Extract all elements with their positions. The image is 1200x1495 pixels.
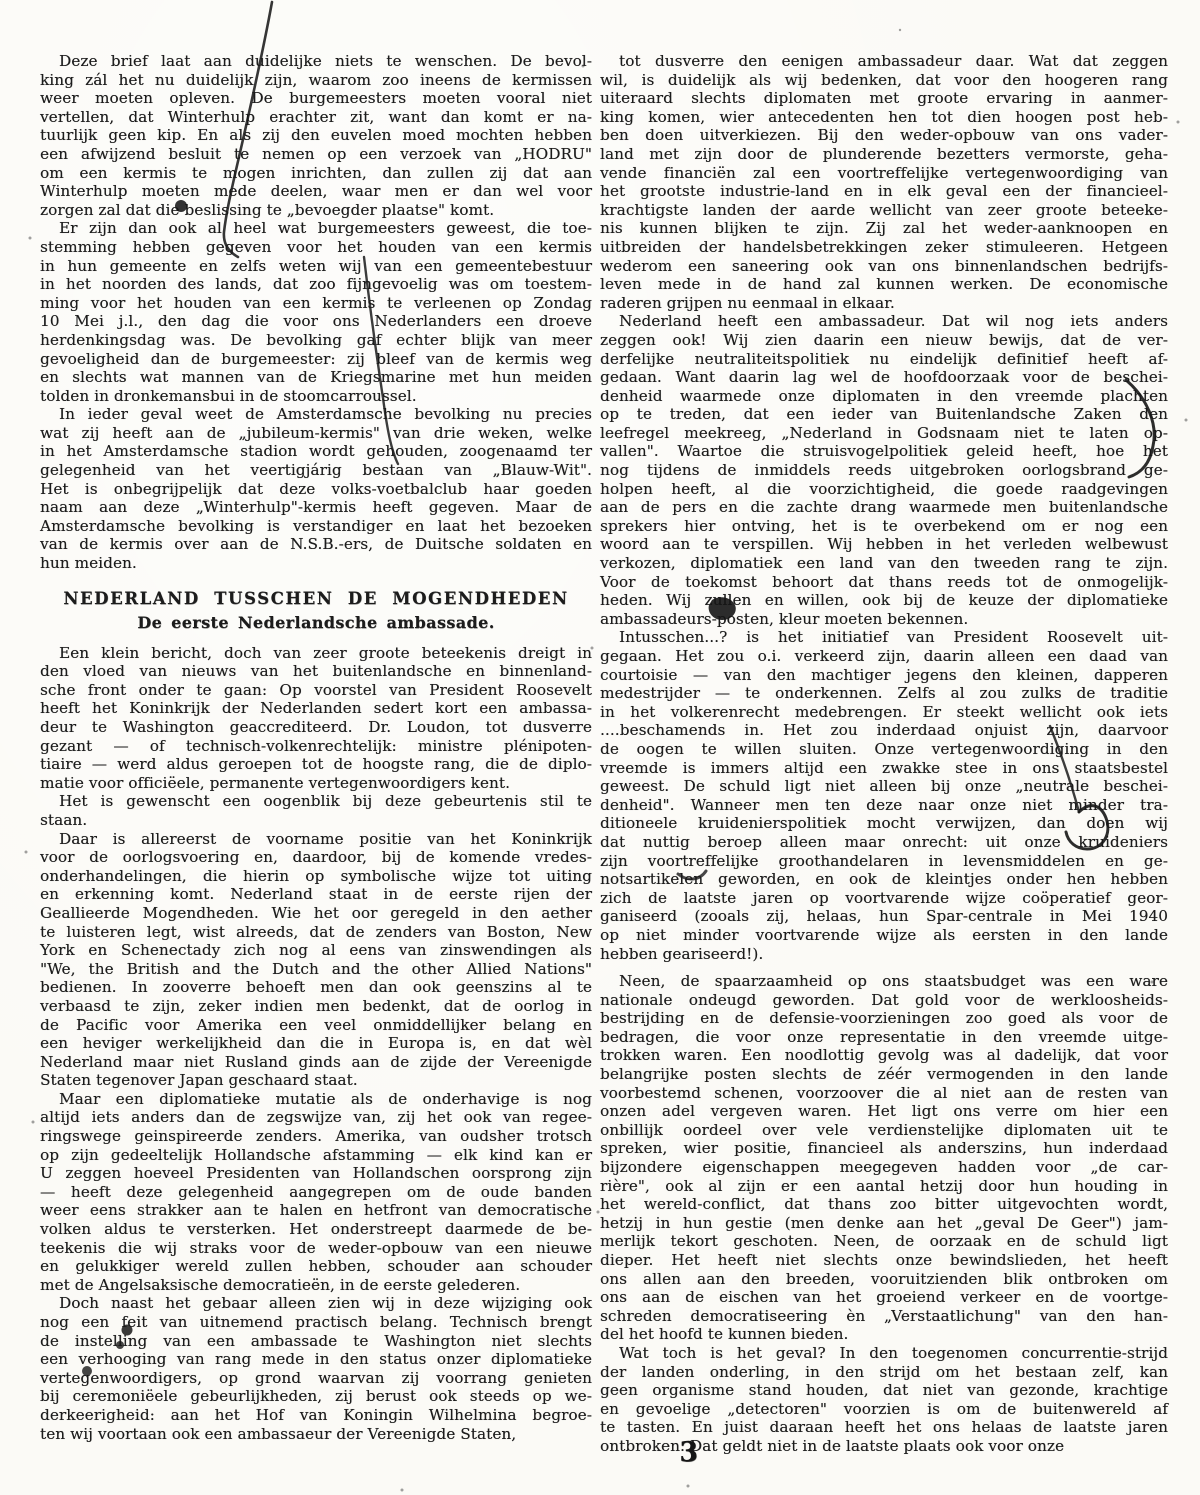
text-line: nog tijdens de inmiddels reeds uitgebrok… — [600, 461, 1168, 480]
text-line: rière", ook al zijn er een aantal hetzij… — [600, 1177, 1168, 1196]
text-line: te luisteren legt, wist alreeds, dat de … — [40, 923, 592, 942]
text-line: altijd iets anders dan de zegswijze van,… — [40, 1108, 592, 1127]
paragraph: Het is gewenscht een oogenblik bij deze … — [40, 792, 592, 829]
text-line: ons aan de eischen van het groeiend verk… — [600, 1288, 1168, 1307]
text-line: bedienen. In zooverre behoeft men dan oo… — [40, 978, 592, 997]
text-line: en slechts wat mannen van de Kriegsmarin… — [40, 368, 592, 387]
text-line: gezant — of technisch-volkenrechtelijk: … — [40, 737, 592, 756]
text-line: Winterhulp moeten mede deelen, waar men … — [40, 182, 592, 201]
text-line: zorgen zal dat die beslissing te „bevoeg… — [40, 201, 592, 220]
text-line: bij ceremoniëele gebeurlijkheden, zij be… — [40, 1387, 592, 1406]
text-line: het wereld-conflict, dat thans zoo bitte… — [600, 1195, 1168, 1214]
text-line: uiteraard slechts diplomaten met groote … — [600, 89, 1168, 108]
text-line: voorbestemd schenen, voorzoover die al n… — [600, 1084, 1168, 1103]
text-line: leefregel meekreeg, „Nederland in Godsna… — [600, 424, 1168, 443]
text-line: gelegenheid van het veertigjárig bestaan… — [40, 461, 592, 480]
text-line: krachtigste landen der aarde wellicht va… — [600, 201, 1168, 220]
text-line: notsartikelen geworden, en ook de kleint… — [600, 870, 1168, 889]
text-line: sche front onder te gaan: Op voorstel va… — [40, 681, 592, 700]
text-line: geen organisme stand houden, dat niet va… — [600, 1381, 1168, 1400]
section-heading: NEDERLAND TUSSCHEN DE MOGENDHEDEN — [40, 588, 592, 609]
text-line: deur te Washington geaccrediteerd. Dr. L… — [40, 718, 592, 737]
text-line: dat nuttig beroep alleen maar onrecht: u… — [600, 833, 1168, 852]
text-line: denheid waarmede onze diplomaten in den … — [600, 387, 1168, 406]
text-line: onbillijk oordeel over vele verdiensteli… — [600, 1121, 1168, 1140]
paragraph: Doch naast het gebaar alleen zien wij in… — [40, 1294, 592, 1443]
text-line: ....beschamends in. Het zou inderdaad on… — [600, 721, 1168, 740]
text-line: ganiseerd (zooals zij, helaas, hun Spar-… — [600, 907, 1168, 926]
text-line: de oogen te willen sluiten. Onze vertege… — [600, 740, 1168, 759]
right-column: tot dusverre den eenigen ambassadeur daa… — [600, 52, 1168, 1456]
text-line: tiaire — werd aldus geroepen tot de hoog… — [40, 755, 592, 774]
text-line: gedaan. Want daarin lag wel de hoofdoorz… — [600, 368, 1168, 387]
text-line: holpen heeft, al die voorzichtigheid, di… — [600, 480, 1168, 499]
text-line: Een klein bericht, doch van zeer groote … — [40, 644, 592, 663]
paragraph: Er zijn dan ook al heel wat burgemeester… — [40, 219, 592, 405]
text-line: king zál het nu duidelijk zijn, waarom z… — [40, 71, 592, 90]
text-line: de Pacific voor Amerika een veel onmidde… — [40, 1016, 592, 1035]
text-line: weer moeten opleven. De burgemeesters mo… — [40, 89, 592, 108]
text-line: in hun gemeente en zelfs weten wij van e… — [40, 257, 592, 276]
text-line: York en Schenectady zich nog al eens van… — [40, 941, 592, 960]
text-line: Nederland heeft een ambassadeur. Dat wil… — [600, 312, 1168, 331]
text-line: derkeerigheid: aan het Hof van Koningin … — [40, 1406, 592, 1425]
text-line: onderhandelingen, die hierin op symbolis… — [40, 867, 592, 886]
text-line: merlijk tekort geschoten. Neen, de oorza… — [600, 1232, 1168, 1251]
text-line: volken aldus te versterken. Het onderstr… — [40, 1220, 592, 1239]
text-line: ming voor het houden van een kermis te v… — [40, 294, 592, 313]
text-line: belangrijke posten slechts de zéér vermo… — [600, 1065, 1168, 1084]
text-line: bestrijding en de defensie-voorzieningen… — [600, 1009, 1168, 1028]
text-line: een heviger werkelijkheid dan die in Eur… — [40, 1034, 592, 1053]
text-line: ditioneele kruidenierspolitiek mocht ver… — [600, 814, 1168, 833]
text-line: leven mede in de hand zal kunnen werken.… — [600, 275, 1168, 294]
text-line: ambassadeurs-posten, kleur moeten bekenn… — [600, 610, 1168, 629]
text-line: In ieder geval weet de Amsterdamsche bev… — [40, 405, 592, 424]
text-line: Neen, de spaarzaamheid op ons staatsbudg… — [600, 972, 1168, 991]
text-line: schreden democratiseering èn „Verstaatli… — [600, 1307, 1168, 1326]
text-line: Geallieerde Mogendheden. Wie het oor ger… — [40, 904, 592, 923]
text-line: Het is onbegrijpelijk dat deze volks-voe… — [40, 480, 592, 499]
text-line: en erkenning komt. Nederland staat in de… — [40, 885, 592, 904]
paragraph: Intusschen...? is het initiatief van Pre… — [600, 628, 1168, 963]
text-line: het grootste industrie-land en in elk ge… — [600, 182, 1168, 201]
scanned-newspaper-page: Deze brief laat aan duidelijke niets te … — [0, 0, 1200, 1495]
paragraph: Deze brief laat aan duidelijke niets te … — [40, 52, 592, 219]
text-line: — heeft deze gelegenheid aangegrepen om … — [40, 1183, 592, 1202]
text-line: land met zijn door de plunderende bezett… — [600, 145, 1168, 164]
text-line: in het volkerenrecht medebrengen. Er ste… — [600, 703, 1168, 722]
text-line: Doch naast het gebaar alleen zien wij in… — [40, 1294, 592, 1313]
text-line: wederom een saneering ook van ons binnen… — [600, 257, 1168, 276]
text-line: ringswege geinspireerde zenders. Amerika… — [40, 1127, 592, 1146]
text-line: wat zij heeft aan de „jubileum-kermis" v… — [40, 424, 592, 443]
text-line: U zeggen hoeveel Presidenten van Holland… — [40, 1164, 592, 1183]
text-line: tuurlijk geen kip. En als zij den euvele… — [40, 126, 592, 145]
text-line: derfelijke neutraliteitspolitiek nu eind… — [600, 350, 1168, 369]
text-line: Er zijn dan ook al heel wat burgemeester… — [40, 219, 592, 238]
text-line: bedragen, die voor onze representatie in… — [600, 1028, 1168, 1047]
text-line: ten wij voortaan ook een ambassaeur der … — [40, 1425, 592, 1444]
text-line: ben doen uitverkiezen. Bij den weder-opb… — [600, 126, 1168, 145]
text-line: zich de laatste jaren op voortvarende wi… — [600, 889, 1168, 908]
text-line: tolden in dronkemansbui in de stoomcarro… — [40, 387, 592, 406]
text-line: Daar is allereerst de voorname positie v… — [40, 830, 592, 849]
text-line: aan de pers en die zachte drang waarmede… — [600, 498, 1168, 517]
text-line: Maar een diplomatieke mutatie als de ond… — [40, 1090, 592, 1109]
text-line: gegaan. Het zou o.i. verkeerd zijn, daar… — [600, 647, 1168, 666]
paragraph: Daar is allereerst de voorname positie v… — [40, 830, 592, 1090]
text-line: king komen, wier antecedenten hen tot di… — [600, 108, 1168, 127]
left-column: Deze brief laat aan duidelijke niets te … — [40, 52, 592, 1443]
text-line: raderen grijpen nu eenmaal in elkaar. — [600, 294, 1168, 313]
text-line: hebben geariseerd!). — [600, 945, 1168, 964]
text-line: trokken waren. Een noodlottig gevolg was… — [600, 1046, 1168, 1065]
text-line: staan. — [40, 811, 592, 830]
text-line: spreken, wier positie, financieel als an… — [600, 1139, 1168, 1158]
section-subheading: De eerste Nederlandsche ambassade. — [40, 613, 592, 633]
paragraph: Nederland heeft een ambassadeur. Dat wil… — [600, 312, 1168, 628]
text-line: vende financiën zal een voortreffelijke … — [600, 164, 1168, 183]
text-line: wil, is duidelijk als wij bedenken, dat … — [600, 71, 1168, 90]
text-line: weer eens strakker aan te halen en hetfr… — [40, 1201, 592, 1220]
text-line: zijn voortreffelijke groothandelaren in … — [600, 852, 1168, 871]
paragraph: Maar een diplomatieke mutatie als de ond… — [40, 1090, 592, 1295]
text-line: uitbreiden der handelsbetrekkingen zeker… — [600, 238, 1168, 257]
text-line: geweest. De schuld ligt niet alleen bij … — [600, 777, 1168, 796]
text-line: Nederland maar niet Rusland ginds aan de… — [40, 1053, 592, 1072]
paragraph: Een klein bericht, doch van zeer groote … — [40, 644, 592, 793]
text-line: "We, the British and the Dutch and the o… — [40, 960, 592, 979]
text-line: Amsterdamsche bevolking is verstandiger … — [40, 517, 592, 536]
text-line: vreemde is immers altijd een zwakke stee… — [600, 759, 1168, 778]
text-line: met de Angelsaksische democratieën, in d… — [40, 1276, 592, 1295]
text-line: naam aan deze „Winterhulp"-kermis heeft … — [40, 498, 592, 517]
text-line: en gelukkiger wereld zullen hebben, scho… — [40, 1257, 592, 1276]
text-line: hetzij in hun gestie (men denke aan het … — [600, 1214, 1168, 1233]
text-line: hun meiden. — [40, 554, 592, 573]
text-line: ons allen aan den breeden, vooruitziende… — [600, 1270, 1168, 1289]
text-line: medestrijder — te onderkennen. Zelfs al … — [600, 684, 1168, 703]
text-line: vertegenwoordigers, op grond waarvan zij… — [40, 1369, 592, 1388]
text-line: tot dusverre den eenigen ambassadeur daa… — [600, 52, 1168, 71]
text-line: del het hoofd te kunnen bieden. — [600, 1325, 1168, 1344]
paragraph: Neen, de spaarzaamheid op ons staatsbudg… — [600, 972, 1168, 1344]
text-line: verkozen, diplomatiek een land van den t… — [600, 554, 1168, 573]
text-line: en gevoelige „detectoren" voorzien is om… — [600, 1400, 1168, 1419]
text-line: op zijn gedeeltelijk Hollandsche afstamm… — [40, 1146, 592, 1165]
text-line: nog een feit van uitnemend practisch bel… — [40, 1313, 592, 1332]
text-line: op te treden, dat een ieder van Buitenla… — [600, 405, 1168, 424]
text-line: in het Amsterdamsche stadion wordt gehou… — [40, 442, 592, 461]
text-line: teekenis die wij straks voor de weder-op… — [40, 1239, 592, 1258]
text-line: gevoeligheid dan de burgemeester: zij bl… — [40, 350, 592, 369]
paragraph: In ieder geval weet de Amsterdamsche bev… — [40, 405, 592, 572]
text-line: Intusschen...? is het initiatief van Pre… — [600, 628, 1168, 647]
page-number: 3 — [672, 1437, 706, 1468]
text-line: een verhooging van rang mede in den stat… — [40, 1350, 592, 1369]
text-line: heeft het Koninkrijk der Nederlanden sed… — [40, 699, 592, 718]
text-line: vallen". Waartoe die struisvogelpolitiek… — [600, 442, 1168, 461]
text-line: denheid". Wanneer men ten deze naar onze… — [600, 796, 1168, 815]
text-line: Wat toch is het geval? In den toegenomen… — [600, 1344, 1168, 1363]
text-line: woord aan te verspillen. Wij hebben in h… — [600, 535, 1168, 554]
text-line: om een kermis te mogen inrichten, dan zu… — [40, 164, 592, 183]
text-line: matie voor officiëele, permanente verteg… — [40, 774, 592, 793]
text-line: dieper. Het heeft niet slechts onze bewi… — [600, 1251, 1168, 1270]
text-line: een afwijzend besluit te nemen op een ve… — [40, 145, 592, 164]
text-line: nis kunnen blijken te zijn. Zij zal het … — [600, 219, 1168, 238]
text-line: op niet minder voortvarende wijze als ee… — [600, 926, 1168, 945]
paragraph: tot dusverre den eenigen ambassadeur daa… — [600, 52, 1168, 312]
text-line: Deze brief laat aan duidelijke niets te … — [40, 52, 592, 71]
text-line: sprekers hier ontving, het is te overbek… — [600, 517, 1168, 536]
text-line: van de kermis over aan de N.S.B.-ers, de… — [40, 535, 592, 554]
text-line: nationale ondeugd geworden. Dat gold voo… — [600, 991, 1168, 1010]
text-line: in het noorden des lands, dat zoo fijnge… — [40, 275, 592, 294]
text-line: Staten tegenover Japan geschaard staat. — [40, 1071, 592, 1090]
text-line: bijzondere eigenschappen meegegeven hadd… — [600, 1158, 1168, 1177]
text-line: te tasten. En juist daaraan heeft het on… — [600, 1418, 1168, 1437]
text-line: Het is gewenscht een oogenblik bij deze … — [40, 792, 592, 811]
text-line: vertellen, dat Winterhulp erachter zit, … — [40, 108, 592, 127]
text-line: 10 Mei j.l., den dag die voor ons Nederl… — [40, 312, 592, 331]
text-line: stemming hebben gegeven voor het houden … — [40, 238, 592, 257]
text-line: courtoisie — van den machtiger jegens de… — [600, 666, 1168, 685]
text-line: heden. Wij zullen en willen, ook bij de … — [600, 591, 1168, 610]
text-line: de instelling van een ambassade te Washi… — [40, 1332, 592, 1351]
text-line: der landen onderling, in den strijd om h… — [600, 1363, 1168, 1382]
text-line: herdenkingsdag was. De bevolking gaf ech… — [40, 331, 592, 350]
text-line: verbaasd te zijn, zeker indien men beden… — [40, 997, 592, 1016]
text-line: zeggen ook! Wij zien daarin een nieuw be… — [600, 331, 1168, 350]
text-line: voor de oorlogsvoering en, daardoor, bij… — [40, 848, 592, 867]
text-line: onzen adel vergeven waren. Het ligt ons … — [600, 1102, 1168, 1121]
text-line: den vloed van nieuws van het buitenlands… — [40, 662, 592, 681]
text-line: Voor de toekomst behoort dat thans reeds… — [600, 573, 1168, 592]
